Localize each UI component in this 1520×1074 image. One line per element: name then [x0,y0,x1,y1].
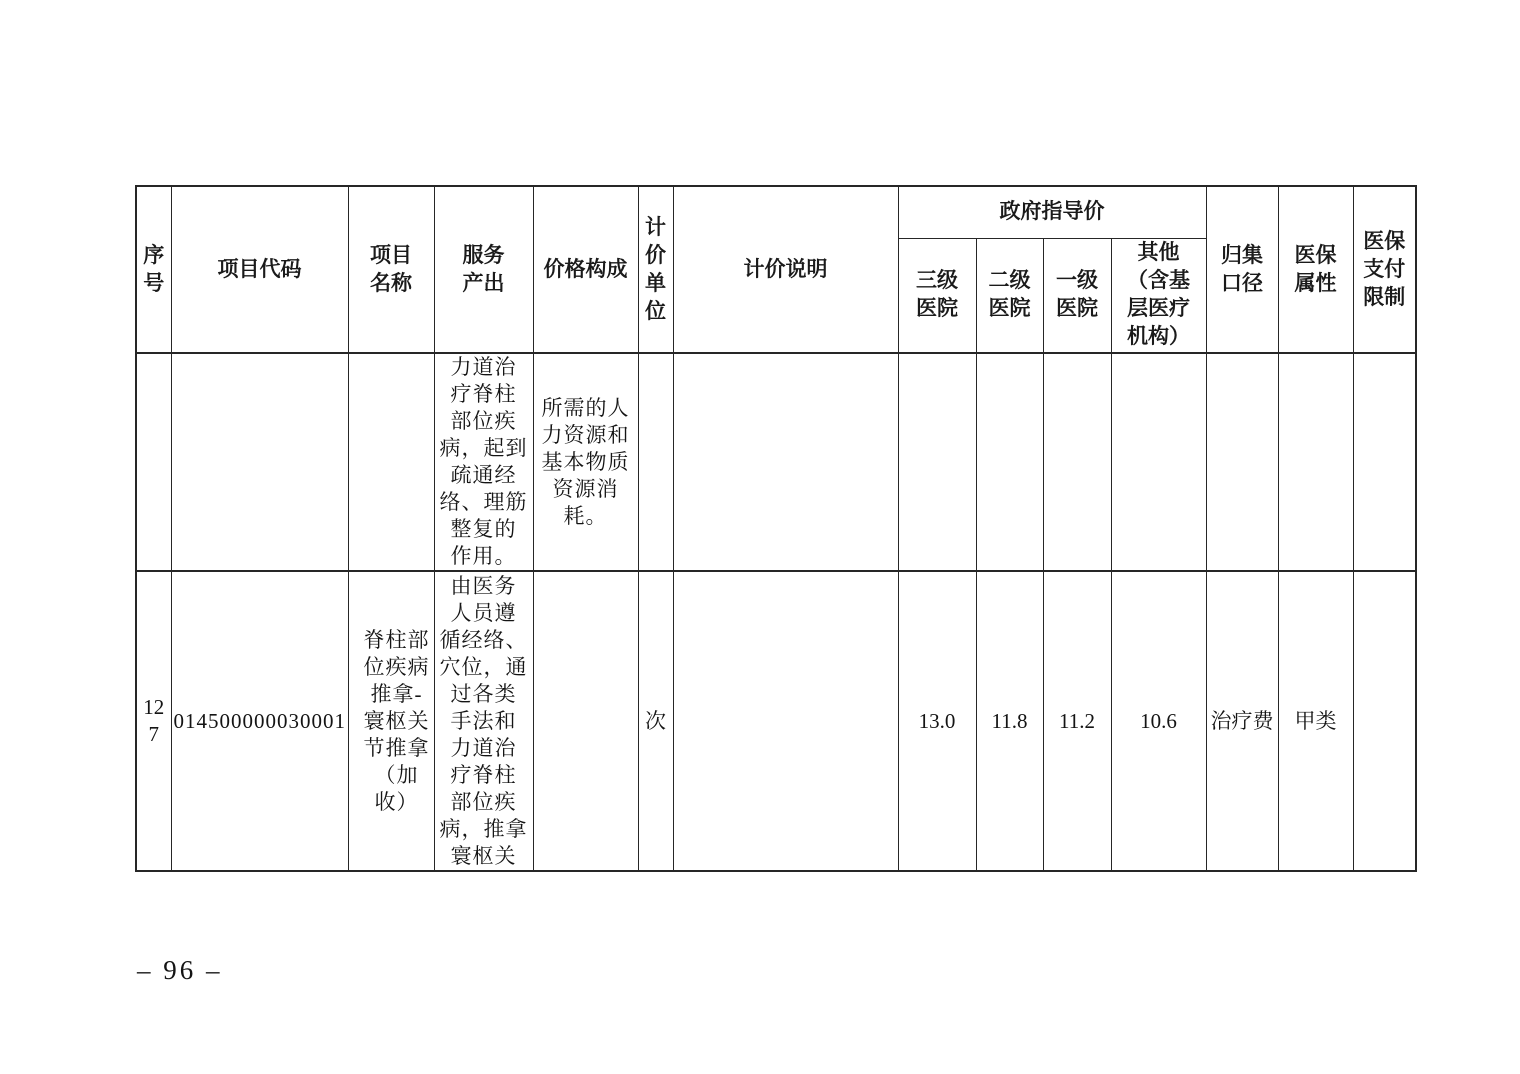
cell-insurance-attribute [1278,353,1353,571]
cell-item-code [171,353,348,571]
cell-insurance-pay-limit [1353,571,1416,871]
header-tier2-hospital: 二级 医院 [976,238,1043,353]
table-row-continuation: 力道治 疗脊柱 部位疾 病，起到 疏通经 络、理筋 整复的 作用。 所需的人 力… [136,353,1416,571]
cell-item-code: 014500000030001 [171,571,348,871]
cell-collection-category [1206,353,1278,571]
header-price-composition: 价格构成 [533,186,638,353]
cell-insurance-attribute: 甲类 [1278,571,1353,871]
header-insurance-pay-limit: 医保 支付 限制 [1353,186,1416,353]
cell-tier3-price [898,353,976,571]
cell-pricing-note [673,353,898,571]
cell-pricing-note [673,571,898,871]
cell-insurance-pay-limit [1353,353,1416,571]
header-item-name: 项目 名称 [348,186,434,353]
cell-price-composition: 所需的人 力资源和 基本物质 资源消 耗。 [533,353,638,571]
page-number: – 96 – [137,955,223,986]
cell-other-price [1111,353,1206,571]
cell-tier2-price: 11.8 [976,571,1043,871]
cell-other-price: 10.6 [1111,571,1206,871]
header-gov-guide-price: 政府指导价 [898,186,1206,238]
header-item-code: 项目代码 [171,186,348,353]
header-service-output: 服务 产出 [434,186,533,353]
cell-price-composition [533,571,638,871]
pricing-table: 序 号 项目代码 项目 名称 服务 产出 价格构成 计 价 单 位 计价说明 政… [135,185,1417,872]
cell-service-output: 力道治 疗脊柱 部位疾 病，起到 疏通经 络、理筋 整复的 作用。 [434,353,533,571]
cell-seq [136,353,171,571]
cell-service-output: 由医务 人员遵 循经络、 穴位，通 过各类 手法和 力道治 疗脊柱 部位疾 病，… [434,571,533,871]
document-page: 序 号 项目代码 项目 名称 服务 产出 价格构成 计 价 单 位 计价说明 政… [0,0,1520,1074]
header-tier3-hospital: 三级 医院 [898,238,976,353]
cell-item-name [348,353,434,571]
header-pricing-unit: 计 价 单 位 [638,186,673,353]
cell-seq: 127 [136,571,171,871]
cell-pricing-unit [638,353,673,571]
header-seq: 序 号 [136,186,171,353]
cell-pricing-unit: 次 [638,571,673,871]
cell-tier1-price [1043,353,1111,571]
cell-collection-category: 治疗费 [1206,571,1278,871]
header-other-institutions: 其他 （含基 层医疗 机构） [1111,238,1206,353]
header-insurance-attribute: 医保 属性 [1278,186,1353,353]
table-row-127: 127 014500000030001 脊柱部 位疾病 推拿- 寰枢关 节推拿 … [136,571,1416,871]
header-pricing-note: 计价说明 [673,186,898,353]
cell-item-name: 脊柱部 位疾病 推拿- 寰枢关 节推拿 （加 收） [348,571,434,871]
cell-tier2-price [976,353,1043,571]
cell-tier3-price: 13.0 [898,571,976,871]
header-tier1-hospital: 一级 医院 [1043,238,1111,353]
cell-tier1-price: 11.2 [1043,571,1111,871]
header-collection-category: 归集 口径 [1206,186,1278,353]
